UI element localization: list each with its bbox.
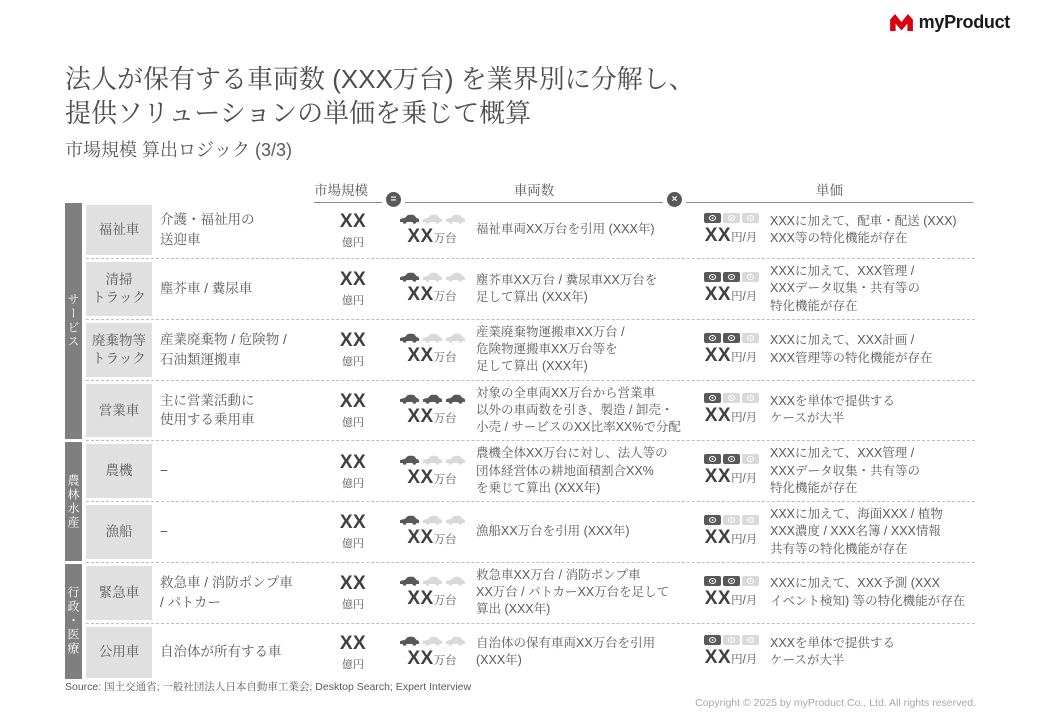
market-size-cell: XX 億円 bbox=[316, 452, 390, 491]
group-rows: 福祉車 介護・福祉用の 送迎車 XX 億円 XX万台 福祉車両XX万台を引用 (… bbox=[86, 202, 975, 441]
car-icon bbox=[422, 635, 443, 646]
vehicle-count-note: 自治体の保有車両XX万台を引用 (XXX年) bbox=[474, 631, 694, 674]
car-icon bbox=[422, 332, 443, 343]
unit-price-cell: XX円/月 bbox=[694, 635, 768, 669]
market-size-unit: 億円 bbox=[316, 292, 390, 308]
unit-price-cell: XX円/月 bbox=[694, 333, 768, 367]
car-icon bbox=[422, 454, 443, 465]
price-value: XX bbox=[705, 225, 731, 246]
vehicle-count-value: XX bbox=[407, 345, 433, 366]
banknote-icon bbox=[723, 635, 740, 645]
page-subtitle: 市場規模 算出ロジック (3/3) bbox=[65, 136, 695, 162]
vehicle-count-value: XX bbox=[407, 467, 433, 488]
car-icon bbox=[399, 454, 420, 465]
banknote-icon bbox=[704, 333, 721, 343]
vehicle-icons bbox=[390, 454, 474, 465]
unit-price-note: XXXに加えて、XXX管理 / XXXデータ収集・共有等の 特化機能が存在 bbox=[768, 259, 975, 319]
price-unit: 円/月 bbox=[731, 595, 757, 607]
table-row: 廃棄物等 トラック 産業廃棄物 / 危険物 / 石油類運搬車 XX 億円 XX万… bbox=[86, 320, 975, 381]
price-unit: 円/月 bbox=[731, 412, 757, 424]
banknote-icon bbox=[704, 576, 721, 586]
car-icon bbox=[399, 393, 420, 404]
unit-price-note: XXXに加えて、海面XXX / 植物 XXX濃度 / XXX名簿 / XXX情報… bbox=[768, 502, 975, 562]
copyright-note: Copyright © 2025 by myProduct Co., Ltd. … bbox=[695, 697, 976, 709]
unit-price-note: XXXに加えて、XXX予測 (XXX イベント検知) 等の特化機能が存在 bbox=[768, 571, 975, 614]
vehicle-icons bbox=[390, 514, 474, 525]
category-badge: 福祉車 bbox=[86, 205, 152, 255]
table-row: 緊急車 救急車 / 消防ポンプ車 / パトカー XX 億円 XX万台 救急車XX… bbox=[86, 563, 975, 624]
formula-header: 市場規模 = 車両数 × 単価 bbox=[314, 179, 975, 203]
market-size-unit: 億円 bbox=[316, 535, 390, 551]
vehicle-count-unit: 万台 bbox=[434, 233, 457, 245]
column-header-market-size: 市場規模 bbox=[314, 179, 382, 203]
price-icons bbox=[694, 213, 768, 223]
car-icon bbox=[399, 332, 420, 343]
category-badge: 廃棄物等 トラック bbox=[86, 323, 152, 377]
car-icon bbox=[445, 393, 466, 404]
unit-price-cell: XX円/月 bbox=[694, 393, 768, 427]
vehicle-count-value: XX bbox=[407, 226, 433, 247]
banknote-icon bbox=[704, 635, 721, 645]
car-icon bbox=[422, 575, 443, 586]
industry-group: 農林水産 農機 − XX 億円 XX万台 農機全体XX万台に対し、法人等の 団体… bbox=[65, 441, 975, 563]
market-size-unit: 億円 bbox=[316, 475, 390, 491]
market-size-unit: 億円 bbox=[316, 596, 390, 612]
market-size-value: XX bbox=[340, 573, 366, 594]
category-badge: 清掃 トラック bbox=[86, 262, 152, 316]
unit-price-note: XXXに加えて、配車・配送 (XXX) XXX等の特化機能が存在 bbox=[768, 209, 975, 252]
vehicle-count-note: 漁船XX万台を引用 (XXX年) bbox=[474, 519, 694, 544]
price-value: XX bbox=[705, 527, 731, 548]
category-description: − bbox=[152, 518, 316, 546]
vehicle-count-cell: XX万台 bbox=[390, 575, 474, 610]
car-icon bbox=[445, 575, 466, 586]
table-row: 農機 − XX 億円 XX万台 農機全体XX万台に対し、法人等の 団体経営体の耕… bbox=[86, 441, 975, 502]
category-badge: 漁船 bbox=[86, 505, 152, 559]
market-size-unit: 億円 bbox=[316, 353, 390, 369]
market-size-value: XX bbox=[340, 452, 366, 473]
price-value: XX bbox=[705, 284, 731, 305]
unit-price-cell: XX円/月 bbox=[694, 515, 768, 549]
vehicle-count-cell: XX万台 bbox=[390, 271, 474, 306]
price-icons bbox=[694, 393, 768, 403]
banknote-icon bbox=[704, 272, 721, 282]
banknote-icon bbox=[742, 635, 759, 645]
table-row: 清掃 トラック 塵芥車 / 糞尿車 XX 億円 XX万台 塵芥車XX万台 / 糞… bbox=[86, 259, 975, 320]
market-size-value: XX bbox=[340, 211, 366, 232]
vehicle-count-cell: XX万台 bbox=[390, 454, 474, 489]
banknote-icon bbox=[742, 454, 759, 464]
vehicle-count-note: 対象の全車両XX万台から営業車 以外の車両数を引き、製造 / 卸売・ 小売 / … bbox=[474, 381, 694, 441]
market-size-value: XX bbox=[340, 512, 366, 533]
brand-logo: myProduct bbox=[889, 12, 1010, 33]
market-size-cell: XX 億円 bbox=[316, 269, 390, 308]
table-row: 営業車 主に営業活動に 使用する乗用車 XX 億円 XX万台 対象の全車両XX万… bbox=[86, 381, 975, 442]
vehicle-count-value: XX bbox=[407, 284, 433, 305]
group-rows: 農機 − XX 億円 XX万台 農機全体XX万台に対し、法人等の 団体経営体の耕… bbox=[86, 441, 975, 563]
vehicle-count-unit: 万台 bbox=[434, 474, 457, 486]
category-badge: 緊急車 bbox=[86, 566, 152, 620]
market-size-cell: XX 億円 bbox=[316, 573, 390, 612]
banknote-icon bbox=[742, 213, 759, 223]
price-icons bbox=[694, 515, 768, 525]
category-badge: 公用車 bbox=[86, 627, 152, 678]
car-icon bbox=[399, 271, 420, 282]
table-row: 漁船 − XX 億円 XX万台 漁船XX万台を引用 (XXX年) XX円/月 X… bbox=[86, 502, 975, 563]
banknote-icon bbox=[742, 576, 759, 586]
car-icon bbox=[399, 575, 420, 586]
car-icon bbox=[445, 635, 466, 646]
column-header-vehicle-count: 車両数 bbox=[405, 179, 663, 203]
category-description: 産業廃棄物 / 危険物 / 石油類運搬車 bbox=[152, 326, 316, 373]
group-rows: 緊急車 救急車 / 消防ポンプ車 / パトカー XX 億円 XX万台 救急車XX… bbox=[86, 563, 975, 681]
vehicle-icons bbox=[390, 635, 474, 646]
vehicle-count-note: 産業廃棄物運搬車XX万台 / 危険物運搬車XX万台等を 足して算出 (XXX年) bbox=[474, 320, 694, 380]
vehicle-count-unit: 万台 bbox=[434, 534, 457, 546]
unit-price-cell: XX円/月 bbox=[694, 454, 768, 488]
vehicle-count-cell: XX万台 bbox=[390, 635, 474, 670]
car-icon bbox=[399, 213, 420, 224]
vehicle-count-value: XX bbox=[407, 406, 433, 427]
car-icon bbox=[399, 514, 420, 525]
price-icons bbox=[694, 635, 768, 645]
market-size-cell: XX 億円 bbox=[316, 633, 390, 672]
market-size-value: XX bbox=[340, 391, 366, 412]
vehicle-count-unit: 万台 bbox=[434, 413, 457, 425]
car-icon bbox=[445, 332, 466, 343]
car-icon bbox=[422, 271, 443, 282]
banknote-icon bbox=[742, 515, 759, 525]
banknote-icon bbox=[723, 515, 740, 525]
banknote-icon bbox=[704, 393, 721, 403]
vehicle-count-cell: XX万台 bbox=[390, 213, 474, 248]
price-value: XX bbox=[705, 588, 731, 609]
group-label: サービス bbox=[65, 203, 82, 439]
market-size-cell: XX 億円 bbox=[316, 512, 390, 551]
vehicle-icons bbox=[390, 393, 474, 404]
table-row: 福祉車 介護・福祉用の 送迎車 XX 億円 XX万台 福祉車両XX万台を引用 (… bbox=[86, 202, 975, 259]
market-size-value: XX bbox=[340, 633, 366, 654]
price-icons bbox=[694, 333, 768, 343]
price-value: XX bbox=[705, 466, 731, 487]
banknote-icon bbox=[723, 213, 740, 223]
table-row: 公用車 自治体が所有する車 XX 億円 XX万台 自治体の保有車両XX万台を引用… bbox=[86, 624, 975, 681]
price-value: XX bbox=[705, 647, 731, 668]
banknote-icon bbox=[742, 272, 759, 282]
vehicle-count-value: XX bbox=[407, 527, 433, 548]
market-size-unit: 億円 bbox=[316, 414, 390, 430]
column-header-unit-price: 単価 bbox=[686, 179, 973, 203]
unit-price-note: XXXを単体で提供する ケースが大半 bbox=[768, 389, 975, 432]
car-icon bbox=[422, 393, 443, 404]
unit-price-note: XXXに加えて、XXX管理 / XXXデータ収集・共有等の 特化機能が存在 bbox=[768, 441, 975, 501]
car-icon bbox=[445, 213, 466, 224]
car-icon bbox=[445, 454, 466, 465]
price-unit: 円/月 bbox=[731, 473, 757, 485]
group-label: 農林水産 bbox=[65, 442, 82, 561]
vehicle-count-cell: XX万台 bbox=[390, 514, 474, 549]
banknote-icon bbox=[723, 576, 740, 586]
brand-m-icon bbox=[889, 13, 914, 32]
category-description: 塵芥車 / 糞尿車 bbox=[152, 275, 316, 303]
unit-price-cell: XX円/月 bbox=[694, 272, 768, 306]
vehicle-count-note: 農機全体XX万台に対し、法人等の 団体経営体の耕地面積割合XX% を乗じて算出 … bbox=[474, 441, 694, 501]
car-icon bbox=[445, 514, 466, 525]
group-label: 行政・医療 bbox=[65, 564, 82, 679]
category-description: 介護・福祉用の 送迎車 bbox=[152, 206, 316, 253]
vehicle-count-note: 救急車XX万台 / 消防ポンプ車 XX万台 / パトカーXX万台を足して 算出 … bbox=[474, 563, 694, 623]
vehicle-icons bbox=[390, 575, 474, 586]
market-size-unit: 億円 bbox=[316, 234, 390, 250]
car-icon bbox=[445, 271, 466, 282]
banknote-icon bbox=[723, 272, 740, 282]
price-unit: 円/月 bbox=[731, 232, 757, 244]
slide: myProduct 法人が保有する車両数 (XXX万台) を業界別に分解し、 提… bbox=[0, 0, 1040, 720]
price-icons bbox=[694, 272, 768, 282]
banknote-icon bbox=[704, 213, 721, 223]
market-size-value: XX bbox=[340, 330, 366, 351]
vehicle-count-cell: XX万台 bbox=[390, 393, 474, 428]
price-value: XX bbox=[705, 345, 731, 366]
price-icons bbox=[694, 576, 768, 586]
banknote-icon bbox=[704, 454, 721, 464]
vehicle-count-cell: XX万台 bbox=[390, 332, 474, 367]
category-badge: 営業車 bbox=[86, 384, 152, 438]
price-value: XX bbox=[705, 405, 731, 426]
market-size-cell: XX 億円 bbox=[316, 391, 390, 430]
source-note: Source: 国土交通省; 一般社団法人日本自動車工業会; Desktop S… bbox=[65, 679, 471, 694]
banknote-icon bbox=[742, 333, 759, 343]
banknote-icon bbox=[723, 333, 740, 343]
industry-group: 行政・医療 緊急車 救急車 / 消防ポンプ車 / パトカー XX 億円 XX万台… bbox=[65, 563, 975, 681]
industry-group: サービス 福祉車 介護・福祉用の 送迎車 XX 億円 XX万台 福祉車両XX万台… bbox=[65, 202, 975, 441]
unit-price-note: XXXを単体で提供する ケースが大半 bbox=[768, 631, 975, 674]
vehicle-count-value: XX bbox=[407, 588, 433, 609]
unit-price-note: XXXに加えて、XXX計画 / XXX管理等の特化機能が存在 bbox=[768, 328, 975, 371]
category-description: 自治体が所有する車 bbox=[152, 638, 316, 666]
table-body: サービス 福祉車 介護・福祉用の 送迎車 XX 億円 XX万台 福祉車両XX万台… bbox=[65, 202, 975, 681]
category-description: 主に営業活動に 使用する乗用車 bbox=[152, 387, 316, 434]
price-unit: 円/月 bbox=[731, 654, 757, 666]
market-size-value: XX bbox=[340, 269, 366, 290]
car-icon bbox=[422, 514, 443, 525]
vehicle-count-value: XX bbox=[407, 648, 433, 669]
category-badge: 農機 bbox=[86, 444, 152, 498]
car-icon bbox=[399, 635, 420, 646]
price-unit: 円/月 bbox=[731, 534, 757, 546]
price-unit: 円/月 bbox=[731, 352, 757, 364]
market-size-cell: XX 億円 bbox=[316, 330, 390, 369]
vehicle-count-unit: 万台 bbox=[434, 595, 457, 607]
vehicle-count-unit: 万台 bbox=[434, 291, 457, 303]
unit-price-cell: XX円/月 bbox=[694, 213, 768, 247]
banknote-icon bbox=[723, 454, 740, 464]
banknote-icon bbox=[723, 393, 740, 403]
price-unit: 円/月 bbox=[731, 291, 757, 303]
banknote-icon bbox=[742, 393, 759, 403]
vehicle-count-unit: 万台 bbox=[434, 352, 457, 364]
market-size-unit: 億円 bbox=[316, 656, 390, 672]
unit-price-cell: XX円/月 bbox=[694, 576, 768, 610]
vehicle-count-note: 福祉車両XX万台を引用 (XXX年) bbox=[474, 217, 694, 242]
category-description: 救急車 / 消防ポンプ車 / パトカー bbox=[152, 569, 316, 616]
market-size-cell: XX 億円 bbox=[316, 211, 390, 250]
vehicle-count-note: 塵芥車XX万台 / 糞尿車XX万台を 足して算出 (XXX年) bbox=[474, 268, 694, 311]
category-description: − bbox=[152, 457, 316, 485]
banknote-icon bbox=[704, 515, 721, 525]
vehicle-count-unit: 万台 bbox=[434, 655, 457, 667]
page-title: 法人が保有する車両数 (XXX万台) を業界別に分解し、 提供ソリューションの単… bbox=[65, 62, 695, 131]
vehicle-icons bbox=[390, 213, 474, 224]
car-icon bbox=[422, 213, 443, 224]
price-icons bbox=[694, 454, 768, 464]
brand-name: myProduct bbox=[919, 12, 1010, 33]
vehicle-icons bbox=[390, 271, 474, 282]
vehicle-icons bbox=[390, 332, 474, 343]
